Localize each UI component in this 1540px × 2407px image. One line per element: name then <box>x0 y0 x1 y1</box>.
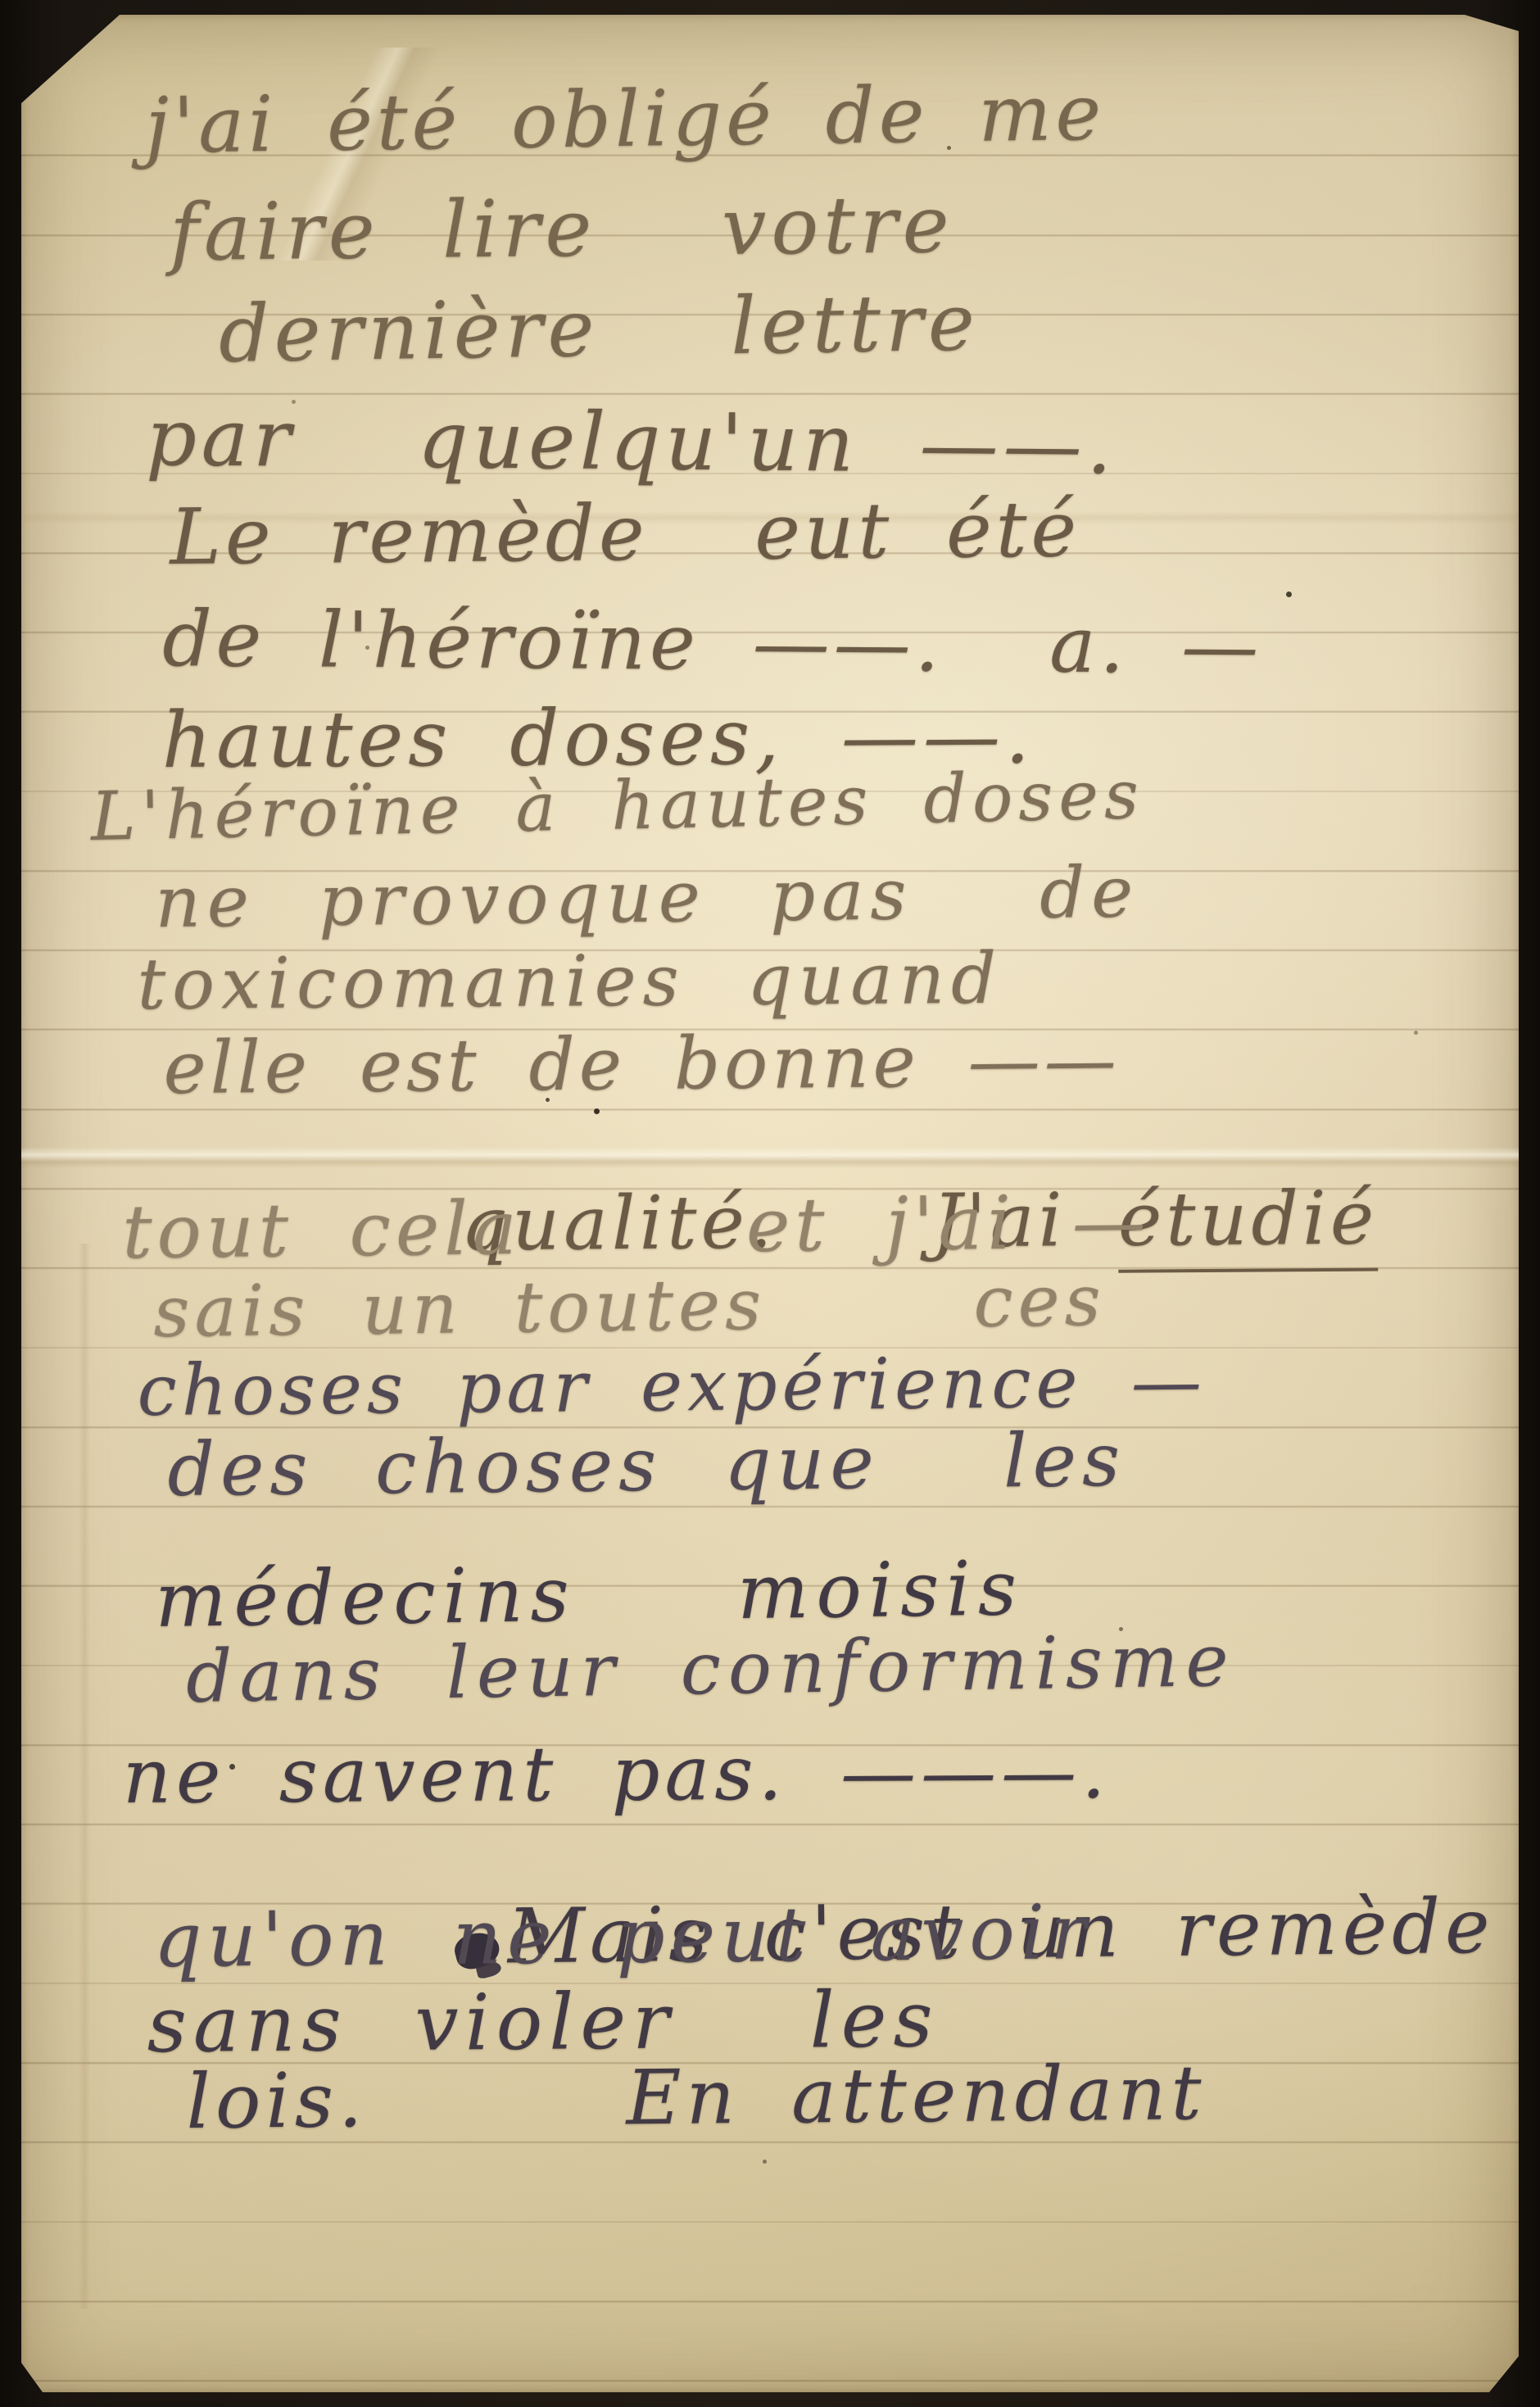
handwriting-line-18: dans leur conformisme <box>185 1618 1236 1719</box>
handwriting-line-9: ne provoque pas de <box>155 851 1140 944</box>
handwriting-line-6: de l'héroïne ——. a. — <box>162 595 1263 691</box>
handwriting-line-3: dernière lettre <box>218 276 980 380</box>
handwriting-line-14: sais un toutes ces <box>153 1260 1106 1353</box>
handwriting-line-21: qu'on ne peut avoir <box>153 1888 1093 1984</box>
handwriting-line-2: faire lire votre <box>170 179 954 279</box>
handwriting-line-16: des choses que les <box>167 1417 1126 1513</box>
handwriting-line-5: Le remède eut été <box>170 485 1081 582</box>
handwriting-line-1: j'ai été obligé de me <box>144 69 1105 171</box>
scanned-letter: j'ai été obligé de me faire lire votre d… <box>0 0 1540 2407</box>
handwriting-line-10: toxicomanies quand <box>137 938 1003 1026</box>
underlined-word: étudié <box>1118 1176 1379 1273</box>
handwriting-line-23: lois. En attendant <box>186 2049 1207 2146</box>
handwriting-line-4: par quelqu'un ——. <box>146 392 1117 492</box>
handwriting: j'ai été obligé de me faire lire votre d… <box>0 0 1540 2407</box>
